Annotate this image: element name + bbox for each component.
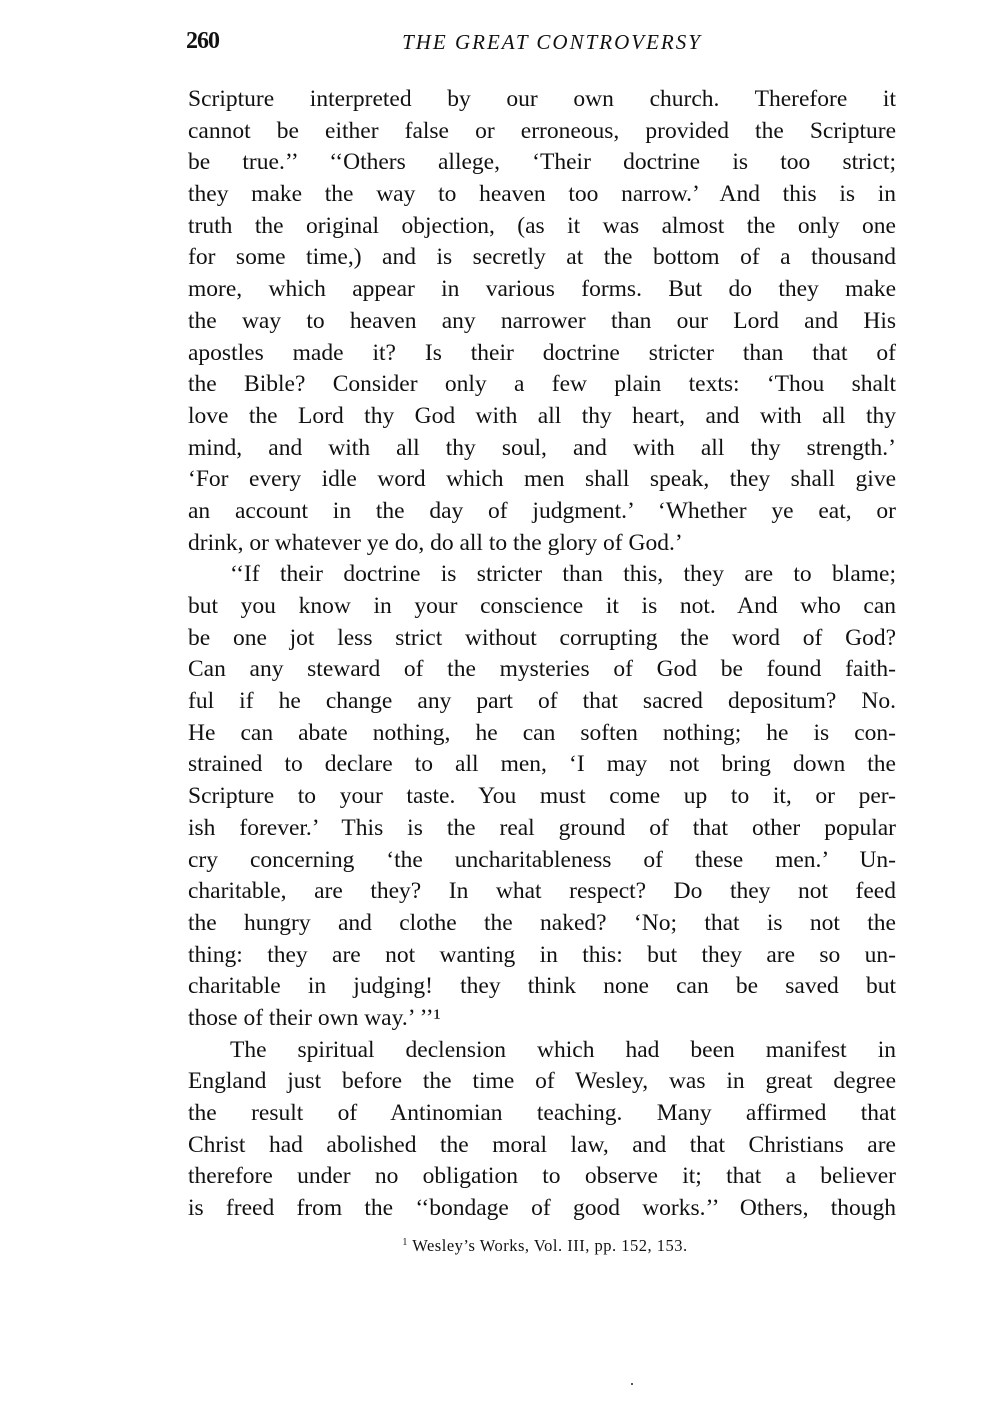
text-line: mind, and with all thy soul, and with al… xyxy=(188,433,896,465)
text-line: the Bible? Consider only a few plain tex… xyxy=(188,369,896,401)
text-line: strained to declare to all men, ‘I may n… xyxy=(188,749,896,781)
text-line: is freed from the ‘‘bondage of good work… xyxy=(188,1193,896,1225)
footnote-text: Wesley’s Works, Vol. III, pp. 152, 153. xyxy=(412,1236,687,1255)
text-line: thing: they are not wanting in this: but… xyxy=(188,940,896,972)
text-line: for some time,) and is secretly at the b… xyxy=(188,242,896,274)
text-line: Scripture to your taste. You must come u… xyxy=(188,781,896,813)
footnote: 1 Wesley’s Works, Vol. III, pp. 152, 153… xyxy=(0,1236,1000,1256)
text-line: the way to heaven any narrower than our … xyxy=(188,306,896,338)
text-line: ish forever.’ This is the real ground of… xyxy=(188,813,896,845)
paragraph-start-line: The spiritual declension which had been … xyxy=(188,1035,896,1067)
text-line: the hungry and clothe the naked? ‘No; th… xyxy=(188,908,896,940)
text-line: Can any steward of the mysteries of God … xyxy=(188,654,896,686)
text-line: more, which appear in various forms. But… xyxy=(188,274,896,306)
text-line: the result of Antinomian teaching. Many … xyxy=(188,1098,896,1130)
running-title: THE GREAT CONTROVERSY xyxy=(186,30,898,55)
text-line: be one jot less strict without corruptin… xyxy=(188,623,896,655)
text-line: ‘For every idle word which men shall spe… xyxy=(188,464,896,496)
text-line: an account in the day of judgment.’ ‘Whe… xyxy=(188,496,896,528)
text-line: England just before the time of Wesley, … xyxy=(188,1066,896,1098)
page-header: 260 THE GREAT CONTROVERSY xyxy=(186,28,898,62)
text-line: cry concerning ‘the uncharitableness of … xyxy=(188,845,896,877)
paragraph-start-line: ‘‘If their doctrine is stricter than thi… xyxy=(188,559,896,591)
text-line: be true.’’ ‘‘Others allege, ‘Their doctr… xyxy=(188,147,896,179)
scan-speck xyxy=(631,1383,633,1385)
text-line: but you know in your conscience it is no… xyxy=(188,591,896,623)
text-line: truth the original objection, (as it was… xyxy=(188,211,896,243)
footnote-marker: 1 xyxy=(402,1237,408,1248)
text-line: charitable in judging! they think none c… xyxy=(188,971,896,1003)
text-line: ful if he change any part of that sacred… xyxy=(188,686,896,718)
text-line: Scripture interpreted by our own church.… xyxy=(188,84,896,116)
text-line: drink, or whatever ye do, do all to the … xyxy=(188,528,896,560)
text-line: love the Lord thy God with all thy heart… xyxy=(188,401,896,433)
text-line: apostles made it? Is their doctrine stri… xyxy=(188,338,896,370)
body-text: Scripture interpreted by our own church.… xyxy=(188,84,896,1225)
text-line: those of their own way.’ ’’¹ xyxy=(188,1003,896,1035)
text-line: charitable, are they? In what respect? D… xyxy=(188,876,896,908)
text-line: they make the way to heaven too narrow.’… xyxy=(188,179,896,211)
text-line: Christ had abolished the moral law, and … xyxy=(188,1130,896,1162)
text-line: He can abate nothing, he can soften noth… xyxy=(188,718,896,750)
text-line: cannot be either false or erroneous, pro… xyxy=(188,116,896,148)
text-line: therefore under no obligation to observe… xyxy=(188,1161,896,1193)
